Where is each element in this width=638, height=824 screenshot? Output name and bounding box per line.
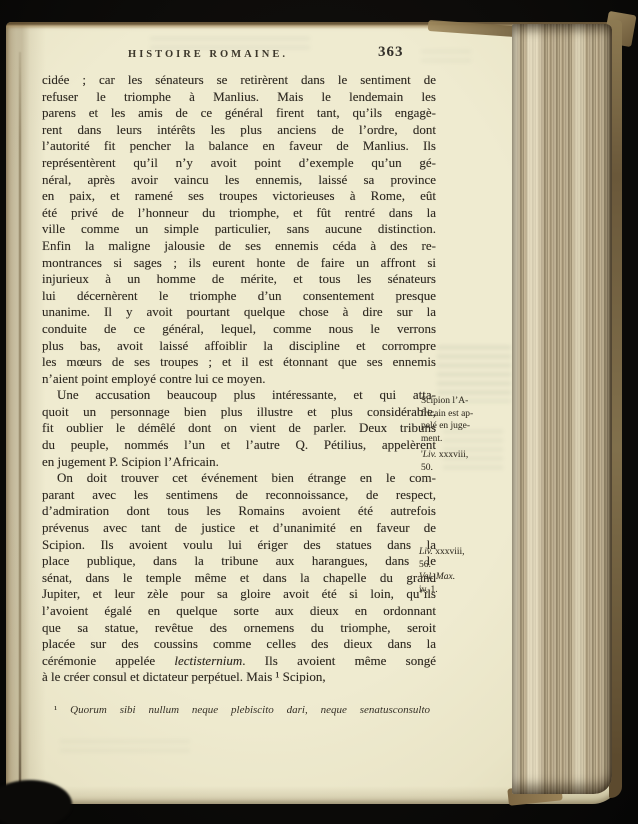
page-number: 363 [378,44,404,61]
margin-citation-line: Liv. xxxviii, [419,546,505,559]
text-line: conduite de ce général, lequel, comme no… [42,321,436,338]
text-line: néral, après avoir vaincu les ennemis, l… [42,172,436,189]
text-line: d’admiration dont tous les Romains avoie… [42,503,436,520]
text-line: à le créer consul et dictateur perpétuel… [42,669,436,686]
text-line: injurieux à un homme de mérite, et tous … [42,271,436,288]
bleed-through-smudge [60,740,190,756]
bleed-through-smudge [443,430,503,470]
text-line: en paix, et ramené ses troupes victorieu… [42,188,436,205]
margin-citation-line: 56. [419,559,505,572]
text-line: sénat, dans le temple même et dans la ch… [42,570,436,587]
text-line: Enfin la maligne jalousie de ses ennemis… [42,238,436,255]
text-line: quoit un personnage bien plus illustre e… [42,404,436,421]
text-line: montrances si sages ; ils eurent honte d… [42,255,436,272]
text-line: place publique, dans la tribune aux hara… [42,553,436,570]
text-line: placée sur des coussins comme celles des… [42,636,436,653]
text-line: parant avec les sentimens de reconnoissa… [42,487,436,504]
text-line: refuser le triomphe à Manlius. Mais le l… [42,89,436,106]
margin-citation-line: Val. Max. [419,571,505,584]
text-line: du peuple, nommés l’un et l’autre Q. Pét… [42,437,436,454]
text-line: en jugement P. Scipion l’Africain. [42,454,436,471]
running-title: HISTOIRE ROMAINE. [6,49,410,60]
page-gutter-fold [19,52,21,790]
text-line: lui décernèrent le triomphe d’un consent… [42,288,436,305]
text-line: l’avoient égalé en quelque sorte aux die… [42,603,436,620]
text-line: fit oublier le démêlé dont on vient de p… [42,420,436,437]
margin-citation-line: iv, 1. [419,584,505,597]
text-line: l’autorité fit pencher la balance en fav… [42,138,436,155]
text-line: cidée ; car les sénateurs se retirèrent … [42,72,436,89]
text-line: n’aient point employé contre lui ce moye… [42,371,436,388]
text-line: unanime. Il y avoit pourtant quelque cho… [42,304,436,321]
text-line: On doit trouver cet événement bien étran… [42,470,436,487]
body-text: cidée ; car les sénateurs se retirèrent … [42,72,436,686]
text-line: parens et les amis de ce général firent … [42,105,436,122]
bleed-through-smudge [437,346,511,402]
text-line: Scipion. Ils avoient voulu lui ériger de… [42,537,436,554]
text-line: cérémonie appelée lectisternium. Ils avo… [42,653,436,670]
text-line: que sa statue, revêtue des ornemens du t… [42,620,436,637]
margin-note-line: fricain est ap- [421,408,507,421]
bleed-through-smudge [150,37,310,49]
text-line: représentèrent qu’il n’y avoit point d’e… [42,155,436,172]
footnote: ¹ Quorum sibi nullum neque plebiscito da… [54,703,430,717]
text-line: Une accusation beaucoup plus intéressant… [42,387,436,404]
text-line: prévenus avec tant de justice et d’unani… [42,520,436,537]
bleed-through-smudge [421,50,471,64]
text-line: les mœurs de ses troupes ; et il est éto… [42,354,436,371]
margin-note-2: Liv. xxxviii,56.Val. Max.iv, 1. [419,542,505,596]
text-line: rent dans leurs intérêts les plus ancien… [42,122,436,139]
text-line: ville comme un simple particulier, sans … [42,221,436,238]
margin-citation: Liv. xxxviii,56.Val. Max.iv, 1. [419,546,505,596]
text-line: été privé de l’honneur du triomphe, et f… [42,205,436,222]
screen: { "page": { "header": { "running_title":… [0,0,638,824]
text-line: Jupiter, et leur zèle pour sa gloire avo… [42,586,436,603]
book-fore-edge-pages [512,24,612,794]
text-line: plus bas, avoit laissé affoiblir la disc… [42,338,436,355]
